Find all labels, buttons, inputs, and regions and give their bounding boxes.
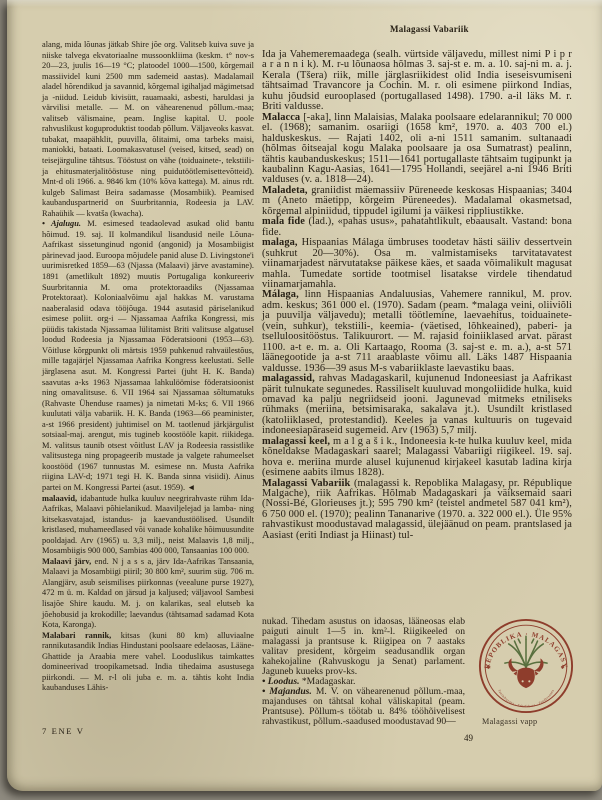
emblem-left-rosette: ✱ <box>487 665 491 671</box>
page-number: 49 <box>464 733 473 743</box>
entry-headword: Malacca <box>262 112 303 123</box>
entry-headword: Málaga, <box>262 289 305 300</box>
coat-of-arms-icon: REPOBLIKA · MALAGASY Tanindrazana · Faha… <box>478 618 574 714</box>
entry-paragraph: • Majandus. M. V. on vähearenenud põllum… <box>262 687 465 727</box>
emblem-right-rosette: ✱ <box>561 665 565 671</box>
left-column: alang, mida lõunas jätkab Shire jõe org.… <box>42 40 254 694</box>
entry-headword: malagassid, <box>262 373 319 384</box>
entry-headword: • Majandus. <box>262 686 316 697</box>
svg-text:Tanindrazana · Fahafahana · Fa: Tanindrazana · Fahafahana · Fandrosoana <box>497 689 555 709</box>
entry-paragraph: alang, mida lõunas jätkab Shire jõe org.… <box>42 40 254 219</box>
entry-paragraph: malaavid, idabantude hulka kuuluv neegri… <box>42 494 254 557</box>
entry-paragraph: Malacca [-aka], linn Malaisias, Malaka p… <box>262 113 572 186</box>
entry-paragraph: Malagassi Vabariik (malagassi k. Repobli… <box>262 479 572 542</box>
emblem-caption: Malagassi vapp <box>482 717 537 726</box>
encyclopedia-page: Malagassi Vabariik alang, mida lõunas jä… <box>7 0 602 791</box>
entry-paragraph: malagassid, rahvas Madagaskaril, kujunen… <box>262 374 572 437</box>
entry-paragraph: Ida ja Vahemeremaadega (sealh. vürtside … <box>262 50 572 113</box>
entry-headword: malagassi keel, <box>262 436 333 447</box>
running-header: Malagassi Vabariik <box>390 24 469 34</box>
entry-paragraph: Málaga, linn Hispaanias Andaluusias, Vah… <box>262 290 572 374</box>
footer-volume-mark: 7 ENE V <box>42 726 85 736</box>
entry-paragraph: nukad. Tihedam asustus on idaosas, lääne… <box>262 617 465 677</box>
entry-headword: malaavid, <box>42 494 80 503</box>
emblem-bottom-text: Tanindrazana · Fahafahana · Fandrosoana <box>497 689 555 709</box>
entry-paragraph: Malabari rannik, kitsas (kuni 80 km) all… <box>42 631 254 694</box>
entry-headword: mala fide <box>262 216 309 227</box>
entry-headword: malaga, <box>262 237 302 248</box>
entry-paragraph: Maladeta, graniidist mäemassiiv Püreneed… <box>262 186 572 217</box>
right-column: Ida ja Vahemeremaadega (sealh. vürtside … <box>262 50 572 541</box>
entry-paragraph: malaga, Hispaanias Málaga ümbruses toode… <box>262 238 572 290</box>
entry-paragraph: mala fide (lad.), «pahas usus», pahataht… <box>262 217 572 238</box>
entry-headword: • Ajalugu. <box>42 219 87 228</box>
entry-headword: Malabari rannik, <box>42 631 121 640</box>
entry-headword: Malagassi Vabariik <box>262 478 354 489</box>
entry-headword: Maladeta, <box>262 185 311 196</box>
entry-paragraph: Malaavi järv, end. N j a s s a, järv Ida… <box>42 557 254 631</box>
entry-paragraph: • Ajalugu. M. esimesed teadaolevad asuka… <box>42 219 254 493</box>
entry-headword: Malaavi järv, <box>42 557 95 566</box>
entry-paragraph: malagassi keel, m a l g a š i k., Indone… <box>262 437 572 479</box>
right-column-wrap-text: nukad. Tihedam asustus on idaosas, lääne… <box>262 617 465 727</box>
